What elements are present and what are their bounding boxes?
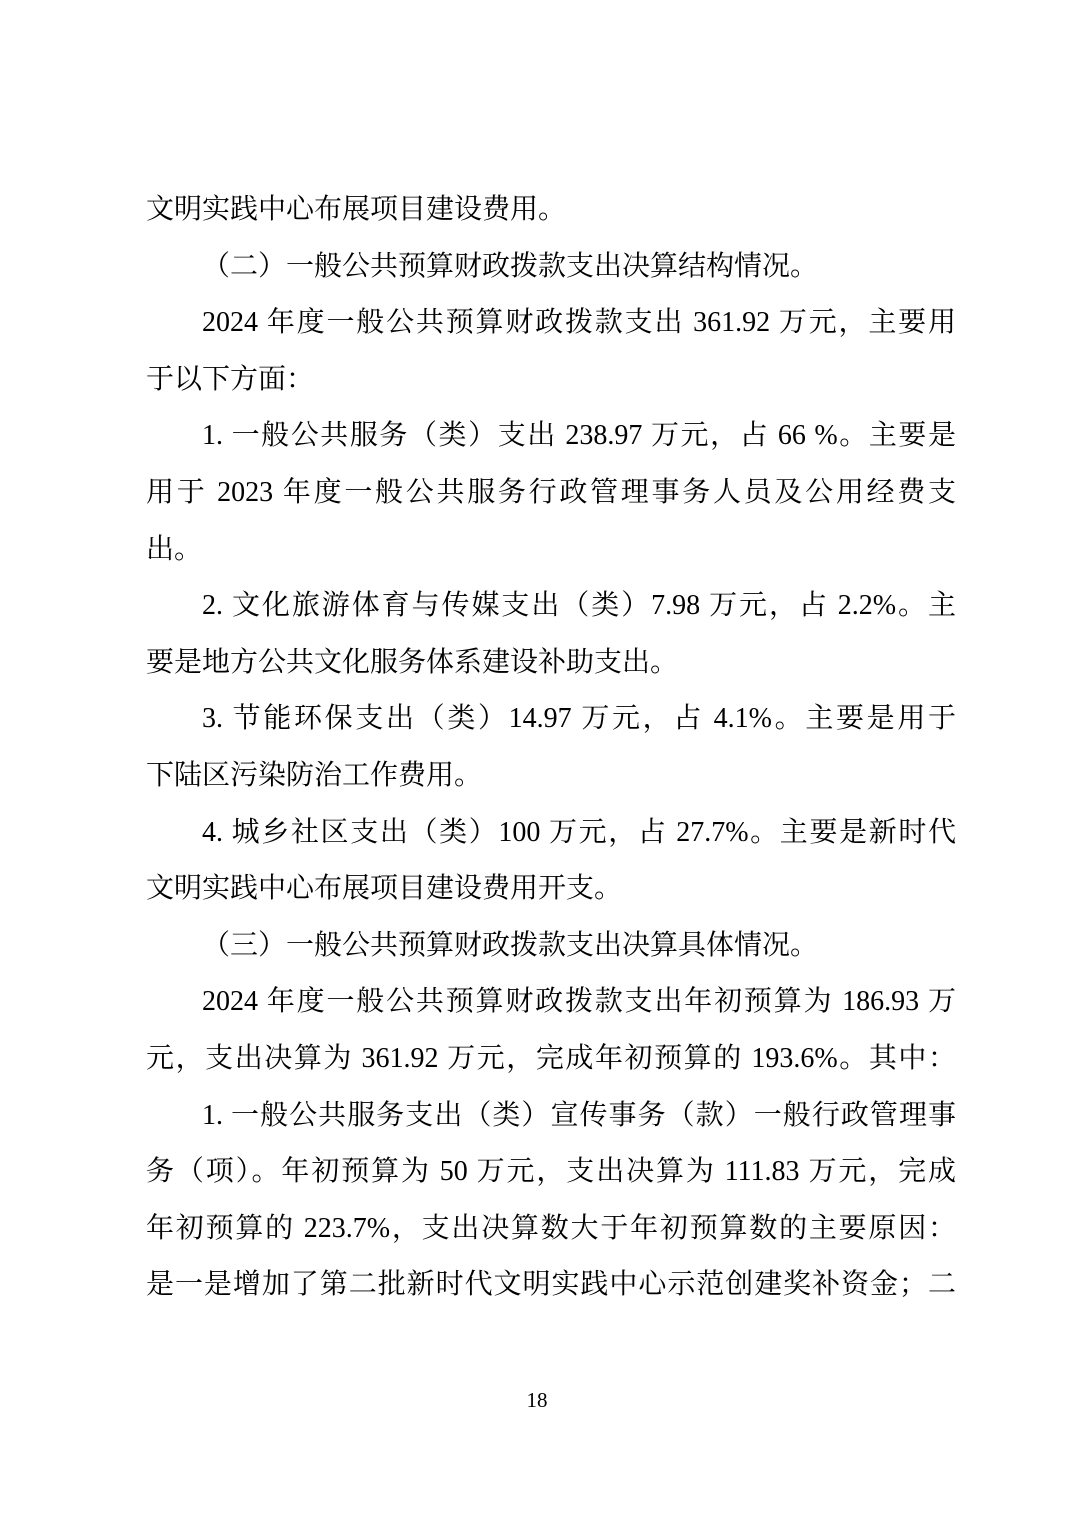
page-number: 18 xyxy=(0,1388,1074,1412)
document-line: 文明实践中心布展项目建设费用开支。 xyxy=(146,861,956,918)
document-line: 出。 xyxy=(146,522,956,579)
document-line: 1. 一般公共服务（类）支出 238.97 万元，占 66 %。主要是 xyxy=(146,408,956,465)
document-line: 2024 年度一般公共预算财政拨款支出 361.92 万元，主要用 xyxy=(146,295,956,352)
document-line: 1. 一般公共服务支出（类）宣传事务（款）一般行政管理事 xyxy=(146,1088,956,1145)
document-line-section-heading: （二）一般公共预算财政拨款支出决算结构情况。 xyxy=(146,239,956,296)
document-line: 要是地方公共文化服务体系建设补助支出。 xyxy=(146,635,956,692)
document-line: 是一是增加了第二批新时代文明实践中心示范创建奖补资金；二 xyxy=(146,1257,956,1314)
document-line: 下陆区污染防治工作费用。 xyxy=(146,748,956,805)
document-line: 于以下方面： xyxy=(146,352,956,409)
document-line: 3. 节能环保支出（类）14.97 万元，占 4.1%。主要是用于 xyxy=(146,691,956,748)
document-body: 文明实践中心布展项目建设费用。 （二）一般公共预算财政拨款支出决算结构情况。 2… xyxy=(146,182,956,1314)
document-line: 用于 2023 年度一般公共服务行政管理事务人员及公用经费支 xyxy=(146,465,956,522)
document-line: 年初预算的 223.7%，支出决算数大于年初预算数的主要原因： xyxy=(146,1201,956,1258)
document-line: 4. 城乡社区支出（类）100 万元，占 27.7%。主要是新时代 xyxy=(146,805,956,862)
document-line: 2024 年度一般公共预算财政拨款支出年初预算为 186.93 万 xyxy=(146,974,956,1031)
document-line: 文明实践中心布展项目建设费用。 xyxy=(146,182,956,239)
document-page: 文明实践中心布展项目建设费用。 （二）一般公共预算财政拨款支出决算结构情况。 2… xyxy=(0,0,1074,1520)
document-line: 2. 文化旅游体育与传媒支出（类）7.98 万元，占 2.2%。主 xyxy=(146,578,956,635)
document-line: 元，支出决算为 361.92 万元，完成年初预算的 193.6%。其中： xyxy=(146,1031,956,1088)
document-line: 务（项）。年初预算为 50 万元，支出决算为 111.83 万元，完成 xyxy=(146,1144,956,1201)
document-line-section-heading: （三）一般公共预算财政拨款支出决算具体情况。 xyxy=(146,918,956,975)
